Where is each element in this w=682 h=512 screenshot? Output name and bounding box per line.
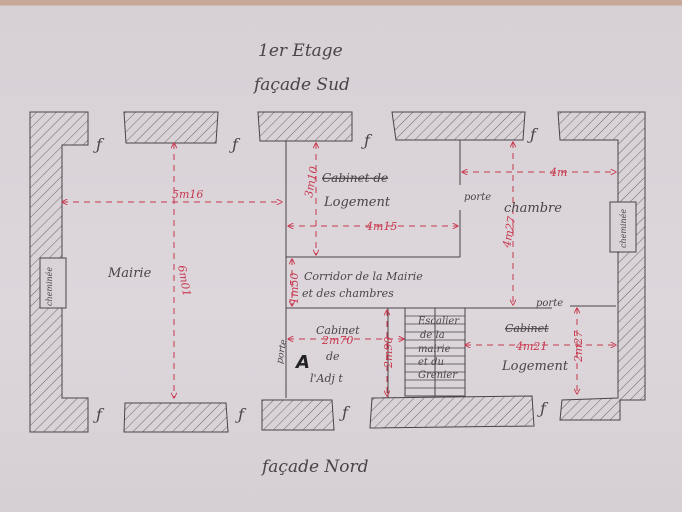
cheminee-left: cheminée [45, 267, 54, 306]
room-cabinet-bottom-struck: Cabinet [505, 322, 549, 335]
svg-text:1m50: 1m50 [288, 273, 301, 304]
escalier-label: Escalier de la mairie et du Grenier [417, 316, 460, 381]
room-logement-bottom: Logement [501, 359, 569, 374]
porte-label-1: porte [464, 192, 491, 203]
corridor-line1: Corridor de la Mairie [304, 270, 423, 283]
svg-text:4m27: 4m27 [500, 215, 518, 249]
room-mairie: Mairie [107, 266, 152, 281]
svg-text:4m: 4m [549, 166, 567, 179]
svg-text:4m15: 4m15 [365, 220, 397, 233]
svg-text:mairie: mairie [418, 344, 451, 355]
floor-plan-sheet: ƒƒƒƒ ƒƒƒƒ 1er Etage façade Sud façade No… [0, 0, 682, 512]
bottom-label: façade Nord [260, 457, 369, 477]
room-chambre: chambre [504, 201, 562, 216]
svg-text:5m16: 5m16 [172, 188, 203, 201]
cheminee-right: cheminée [619, 209, 628, 248]
plan-labels: 1er Etage façade Sud façade Nord Mairie … [0, 0, 682, 512]
svg-text:2m90: 2m90 [382, 337, 395, 369]
svg-text:2m70: 2m70 [321, 334, 353, 347]
svg-text:2m27: 2m27 [572, 331, 585, 363]
cabinet-adjt-line2: de [326, 350, 340, 363]
svg-text:6m01: 6m01 [175, 264, 193, 297]
cabinet-adjt-line3: l'Adj t [310, 372, 343, 385]
porte-label-2: porte [536, 298, 563, 309]
room-logement-top: Logement [323, 195, 391, 210]
corridor-line2: et des chambres [302, 287, 394, 300]
svg-text:3m10: 3m10 [302, 165, 320, 198]
marker-a: A [294, 352, 310, 373]
svg-text:Escalier: Escalier [417, 316, 460, 327]
title-line1: 1er Etage [258, 41, 343, 61]
title-line2: façade Sud [252, 75, 350, 95]
svg-text:et du: et du [418, 357, 444, 368]
svg-text:4m21: 4m21 [515, 340, 547, 353]
svg-text:Grenier: Grenier [418, 370, 458, 381]
porte-label-3: porte [275, 339, 289, 365]
svg-text:de la: de la [420, 330, 445, 341]
room-cabinet-struck: Cabinet de [322, 171, 388, 185]
